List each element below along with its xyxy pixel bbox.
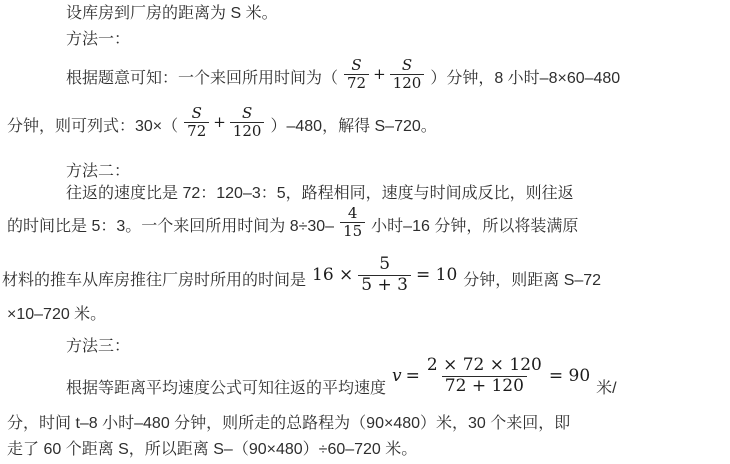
plus-operator: + xyxy=(209,115,230,130)
fraction-5-over-5plus3: 5 5 + 3 xyxy=(358,255,411,295)
fraction-numerator: S xyxy=(348,57,364,74)
fraction-denominator: 120 xyxy=(390,74,425,92)
doc-line-speed-ratio: 往返的速度比是 72：120–3：5，路程相同，速度与时间成反比，则往返 xyxy=(66,184,574,203)
doc-line-time-ratio: 的时间比是 5：3。一个来回所用时间为 8÷30– 4 15 小时–16 分钟，… xyxy=(7,205,578,236)
plus-operator: + xyxy=(369,67,390,82)
fraction-s-over-120: S 120 xyxy=(230,105,265,141)
fraction-denominator: 72 + 120 xyxy=(442,376,527,397)
line8-post-text: 分钟，则距离 S–72 xyxy=(463,271,601,290)
fraction-denominator: 120 xyxy=(230,122,265,140)
line3-post-text: ）分钟，8 小时–8×60–480 xyxy=(430,69,620,88)
fraction-numerator: 5 xyxy=(376,255,393,275)
doc-line-total-distance: 分，时间 t–8 小时–480 分钟，则所走的总路程为（90×480）米，30 … xyxy=(7,414,570,433)
line3-pre-text: 根据题意可知：一个来回所用时间为（ xyxy=(66,69,338,88)
doc-line-assumption: 设库房到厂房的距离为 S 米。 xyxy=(66,4,278,23)
doc-line-method1-heading: 方法一： xyxy=(66,30,130,49)
fraction-s-over-72: S 72 xyxy=(344,57,369,93)
line4-post-text: ）–480，解得 S–720。 xyxy=(270,117,436,136)
line7-pre-text: 的时间比是 5：3。一个来回所用时间为 8÷30– xyxy=(7,217,334,236)
doc-line-method2-heading: 方法二： xyxy=(66,162,130,181)
doc-line-final-answer: 走了 60 个距离 S，所以距离 S–（90×480）÷60–720 米。 xyxy=(7,440,417,459)
line7-post-text: 小时–16 分钟，所以将装满原 xyxy=(371,217,578,236)
fraction-s-over-72: S 72 xyxy=(184,105,209,141)
math-solution-document: 设库房到厂房的距离为 S 米。 方法一： 根据题意可知：一个来回所用时间为（ S… xyxy=(0,0,730,464)
fraction-denominator: 5 + 3 xyxy=(358,275,411,296)
time-sum-formula: S 72 + S 120 xyxy=(344,57,424,93)
fraction-speed-average: 2 × 72 × 120 72 + 120 xyxy=(424,356,545,396)
fraction-denominator: 15 xyxy=(340,222,365,240)
fraction-numerator: S xyxy=(399,57,415,74)
line11-post-text: 米/ xyxy=(596,379,616,398)
fraction-denominator: 72 xyxy=(344,74,369,92)
formula-variable-v: v xyxy=(392,368,402,385)
line8-pre-text: 材料的推车从库房推往厂房时所用的时间是 xyxy=(2,271,306,290)
doc-line-distance-result: ×10–720 米。 xyxy=(7,305,106,324)
doc-line-average-speed: 根据等距离平均速度公式可知往返的平均速度 v = 2 × 72 × 120 72… xyxy=(66,356,617,398)
fraction-s-over-120: S 120 xyxy=(390,57,425,93)
line11-pre-text: 根据等距离平均速度公式可知往返的平均速度 xyxy=(66,379,386,398)
equals-operator: = xyxy=(402,368,424,385)
time-sum-formula: S 72 + S 120 xyxy=(184,105,264,141)
formula-result: = 10 xyxy=(416,267,457,284)
sixteen-times-formula: 16 × 5 5 + 3 = 10 xyxy=(312,255,457,295)
fraction-numerator: 4 xyxy=(345,205,361,222)
doc-line-method1-body: 根据题意可知：一个来回所用时间为（ S 72 + S 120 ）分钟，8 小时–… xyxy=(66,57,620,88)
four-fifteenths-formula: 4 15 xyxy=(340,205,365,241)
doc-line-equation: 分钟，则可列式：30×（ S 72 + S 120 ）–480，解得 S–720… xyxy=(7,105,437,136)
fraction-4-over-15: 4 15 xyxy=(340,205,365,241)
fraction-numerator: S xyxy=(239,105,255,122)
average-speed-formula: v = 2 × 72 × 120 72 + 120 = 90 xyxy=(392,356,590,396)
formula-result: = 90 xyxy=(549,368,590,385)
fraction-numerator: 2 × 72 × 120 xyxy=(424,356,545,376)
line4-pre-text: 分钟，则可列式：30×（ xyxy=(7,117,178,136)
doc-line-oneway-time: 材料的推车从库房推往厂房时所用的时间是 16 × 5 5 + 3 = 10 分钟… xyxy=(2,255,601,290)
fraction-denominator: 72 xyxy=(184,122,209,140)
fraction-numerator: S xyxy=(189,105,205,122)
formula-lead: 16 × xyxy=(312,267,353,284)
doc-line-method3-heading: 方法三： xyxy=(66,337,130,356)
